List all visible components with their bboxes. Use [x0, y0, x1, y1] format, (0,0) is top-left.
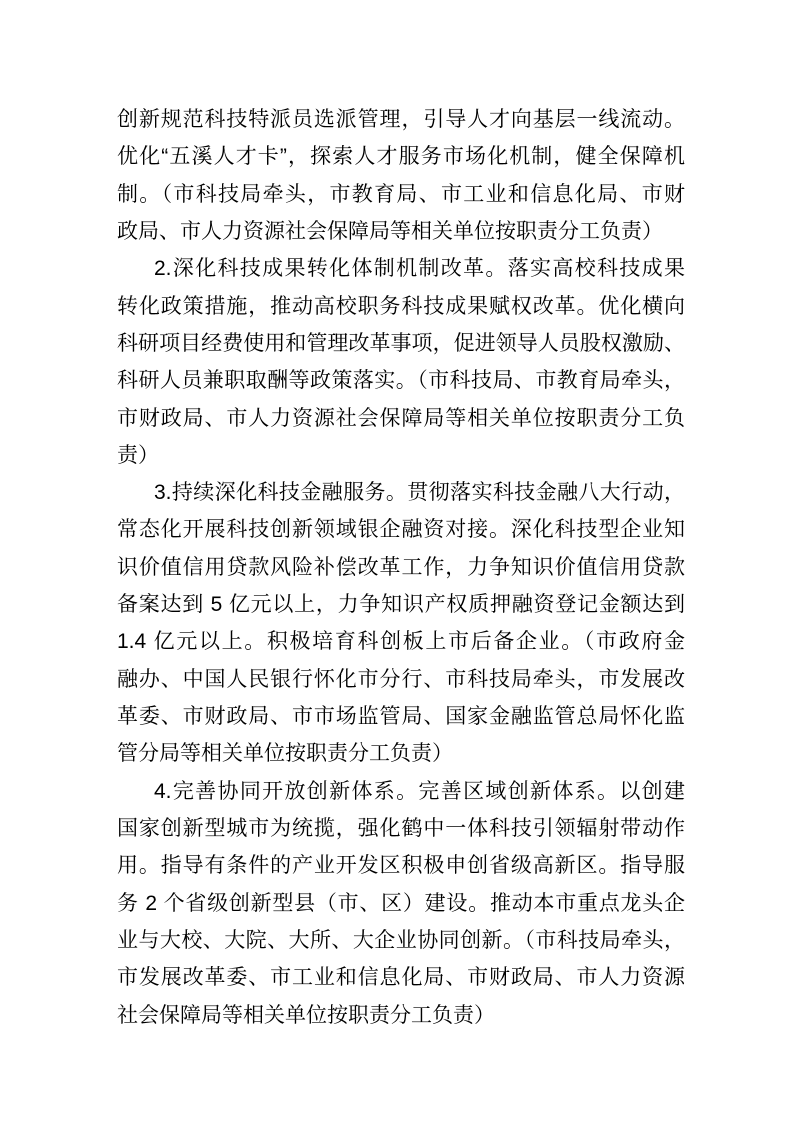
text-line: 科研项目经费使用和管理改革事项，促进领导人员股权激励、 [117, 325, 685, 362]
text-line: 2.深化科技成果转化体制机制改革。落实高校科技成果 [117, 250, 685, 287]
text-line: 优化“五溪人才卡”，探索人才服务市场化机制，健全保障机 [117, 138, 685, 175]
text-line: 创新规范科技特派员选派管理，引导人才向基层一线流动。 [117, 101, 685, 138]
document-text-block: 创新规范科技特派员选派管理，引导人才向基层一线流动。 优化“五溪人才卡”，探索人… [117, 101, 685, 1034]
text-line: 制。（市科技局牵头，市教育局、市工业和信息化局、市财 [117, 176, 685, 213]
text-line: 责） [117, 437, 685, 474]
text-line: 备案达到 5 亿元以上，力争知识产权质押融资登记金额达到 [117, 586, 685, 623]
text-line: 3.持续深化科技金融服务。贯彻落实科技金融八大行动， [117, 474, 685, 511]
text-line: 管分局等相关单位按职责分工负责） [117, 735, 685, 772]
text-line: 常态化开展科技创新领域银企融资对接。深化科技型企业知 [117, 511, 685, 548]
text-line: 国家创新型城市为统揽，强化鹤中一体科技引领辐射带动作 [117, 810, 685, 847]
text-line: 转化政策措施，推动高校职务科技成果赋权改革。优化横向 [117, 288, 685, 325]
text-line: 务 2 个省级创新型县（市、区）建设。推动本市重点龙头企 [117, 885, 685, 922]
text-line: 市发展改革委、市工业和信息化局、市财政局、市人力资源 [117, 959, 685, 996]
text-line: 4.完善协同开放创新体系。完善区域创新体系。以创建 [117, 773, 685, 810]
text-line: 用。指导有条件的产业开发区积极申创省级高新区。指导服 [117, 847, 685, 884]
text-line: 市财政局、市人力资源社会保障局等相关单位按职责分工负 [117, 400, 685, 437]
text-line: 融办、中国人民银行怀化市分行、市科技局牵头，市发展改 [117, 661, 685, 698]
text-line: 业与大校、大院、大所、大企业协同创新。（市科技局牵头， [117, 922, 685, 959]
text-line: 科研人员兼职取酬等政策落实。（市科技局、市教育局牵头， [117, 362, 685, 399]
document-page: 创新规范科技特派员选派管理，引导人才向基层一线流动。 优化“五溪人才卡”，探索人… [0, 0, 793, 1122]
text-line: 社会保障局等相关单位按职责分工负责） [117, 997, 685, 1034]
text-line: 政局、市人力资源社会保障局等相关单位按职责分工负责） [117, 213, 685, 250]
text-line: 1.4 亿元以上。积极培育科创板上市后备企业。（市政府金 [117, 623, 685, 660]
text-line: 识价值信用贷款风险补偿改革工作，力争知识价值信用贷款 [117, 549, 685, 586]
text-line: 革委、市财政局、市市场监管局、国家金融监管总局怀化监 [117, 698, 685, 735]
